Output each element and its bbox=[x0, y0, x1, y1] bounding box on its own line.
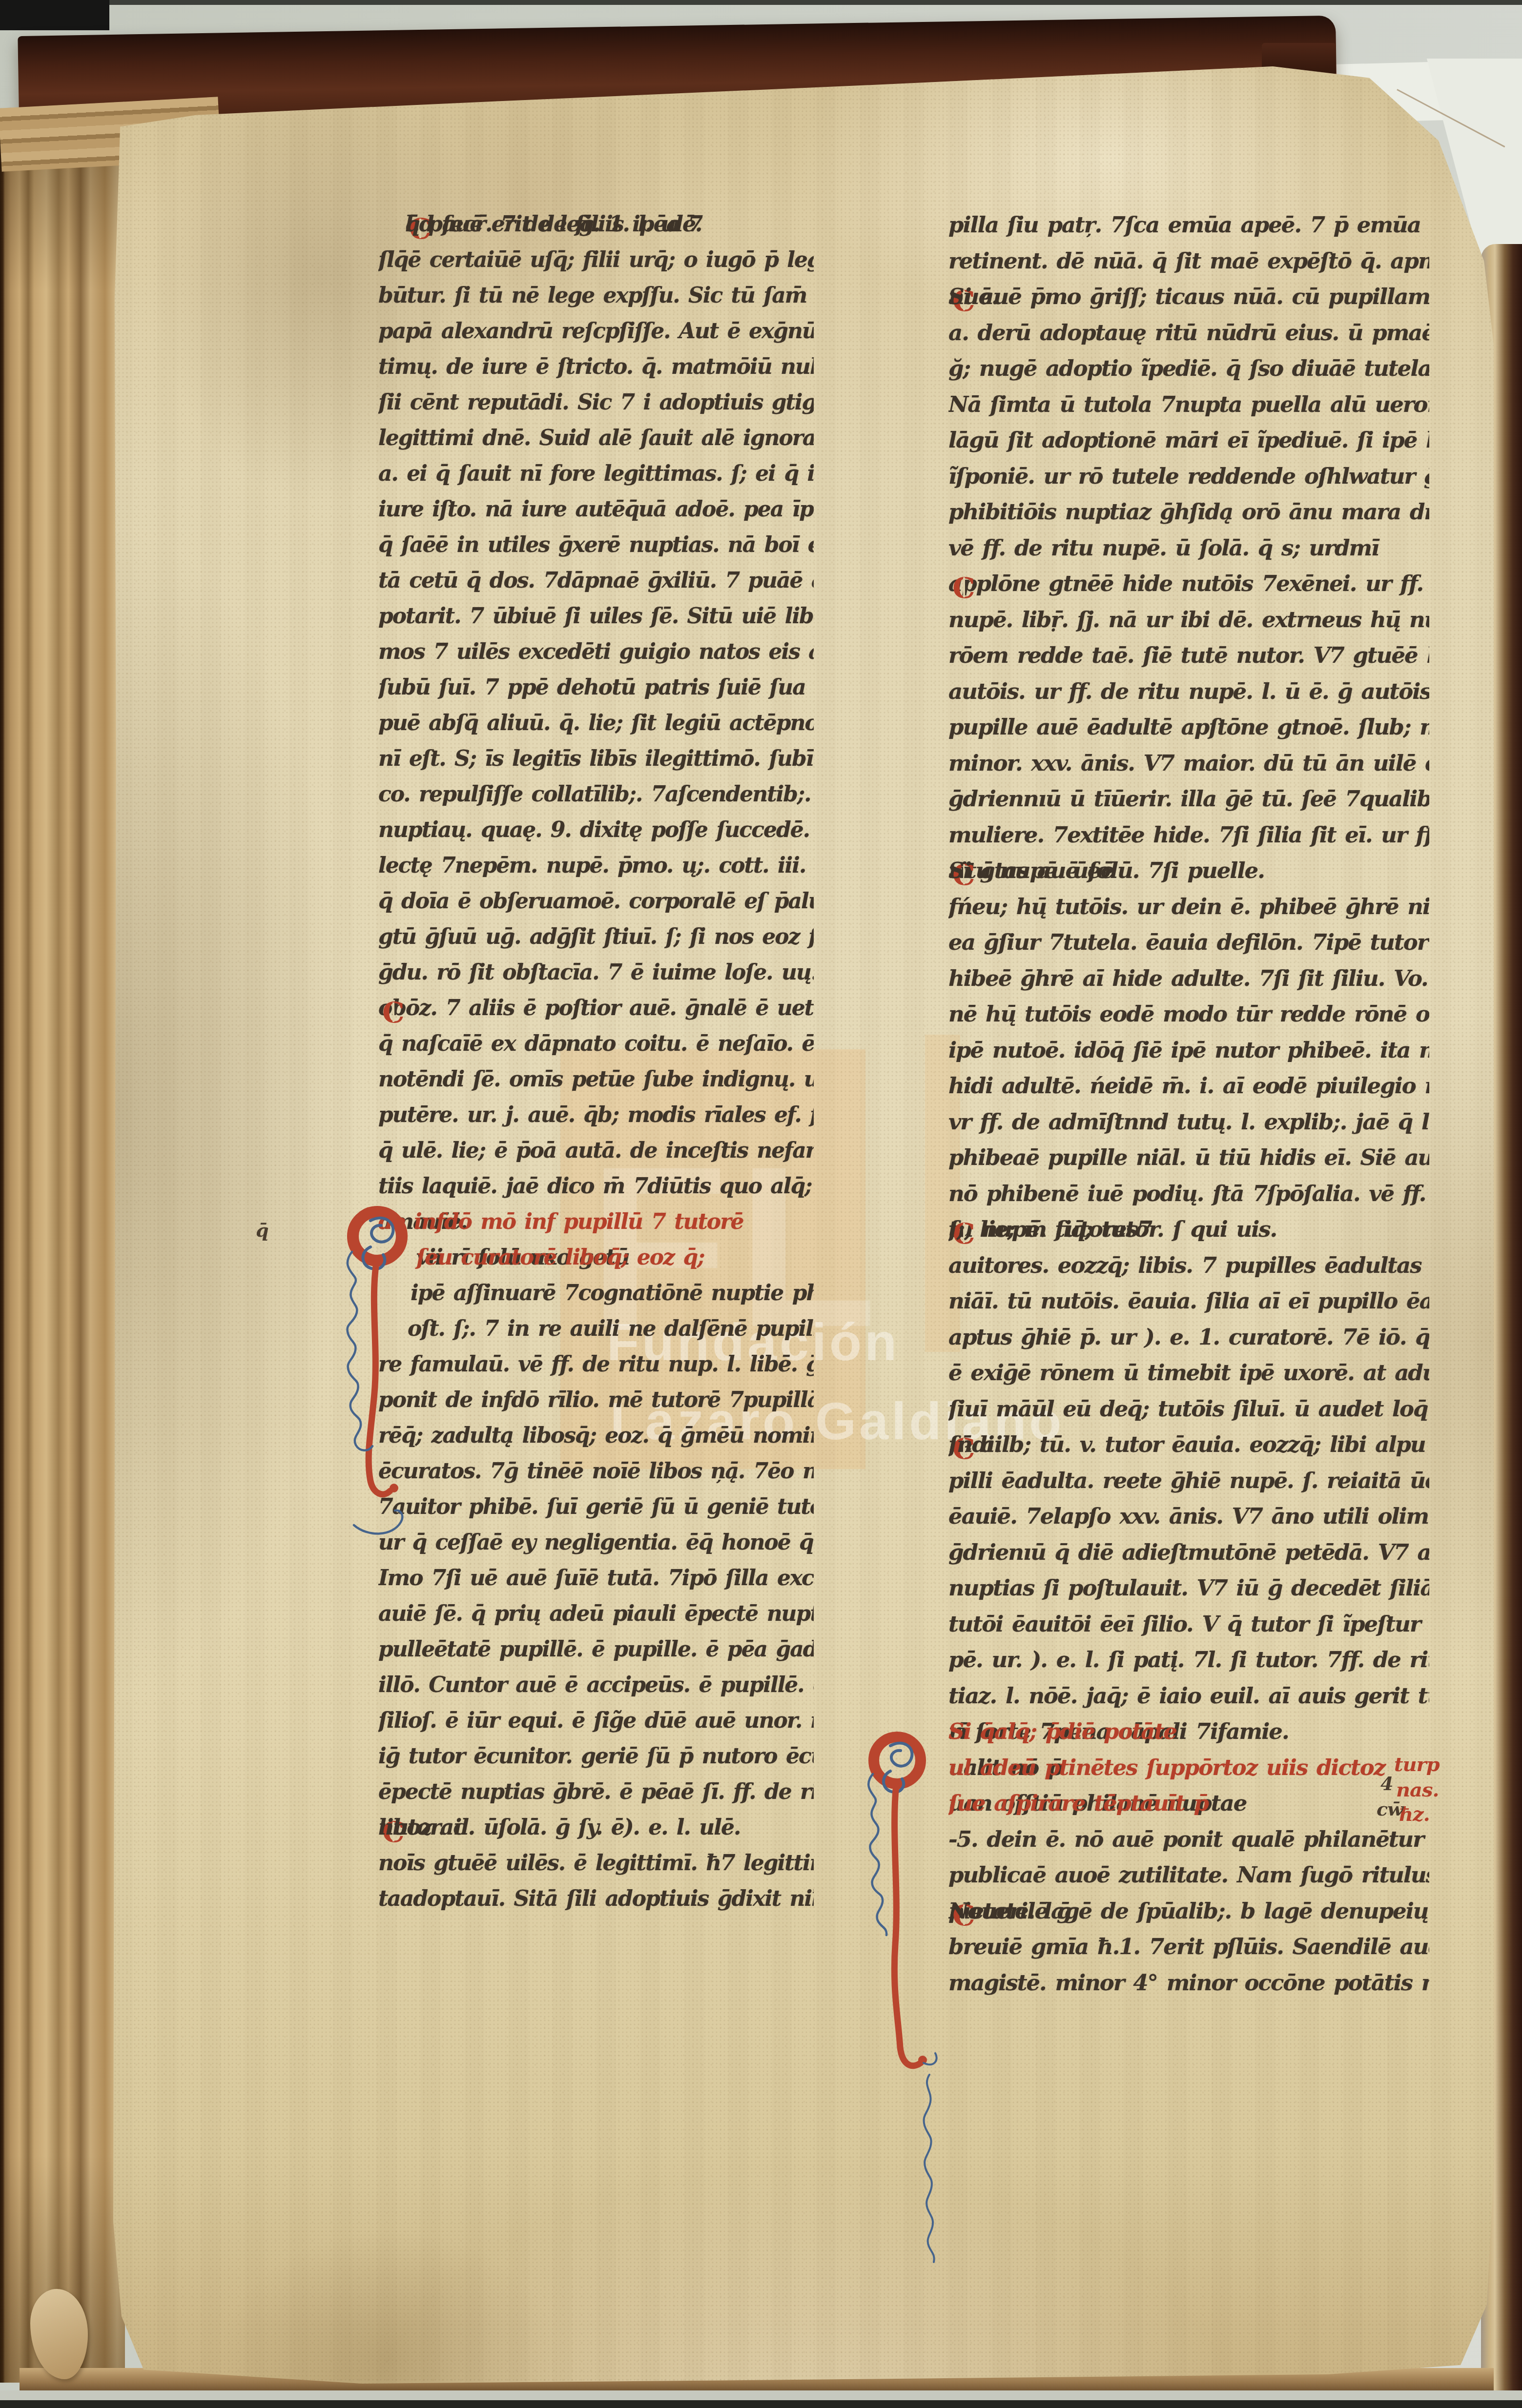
ink-text: liboz ac bbox=[378, 1817, 465, 1838]
initial-flourish bbox=[868, 1774, 886, 1935]
right-margin-rubric-note: ħz. bbox=[1399, 1803, 1430, 1826]
ink-text: oſt. ſ;. 7 in re auili ne dalſēnē pupill… bbox=[408, 1318, 814, 1340]
photo-bottom-edge bbox=[0, 2400, 1522, 2408]
manuscript-photo: F L Fundación Lázaro Galdiano l. pfecr̄.… bbox=[0, 0, 1522, 2408]
ink-text: pulleētatē pupillē. ē pupille. ē pēa ḡad… bbox=[378, 1639, 814, 1660]
ink-text: a. derū adoptauę ritū nūdrū eius. ū pmaē… bbox=[948, 322, 1429, 344]
ink-text: nuptias ſi poſtulauit. V7 iū ḡ decedēt ſ… bbox=[948, 1577, 1429, 1599]
ink-text: pupille auē ēadultē apſtōne gtnoē. ſlub;… bbox=[948, 716, 1429, 738]
rubric-text: ſeu curatorē liboq̄; eoz q̄; bbox=[416, 1247, 704, 1268]
ink-text: q̄d auē erit de filiis ipēa 7 bbox=[405, 214, 702, 235]
ink-text: mos 7 uilēs excedēti guigio natos eis ap… bbox=[378, 641, 814, 663]
ink-text: aptus ḡhiē p̄. ur ). e. 1. curatorē. 7ē … bbox=[948, 1326, 1429, 1348]
gutter-shadow bbox=[0, 108, 125, 2383]
ink-text: ſilioſ. ē iūr equi. ē ſig̃e dūē auē unor… bbox=[378, 1710, 814, 1732]
rubric-text: Si q̄alq̄; p̄diē potāte bbox=[948, 1720, 1176, 1742]
pilcrow-mark: C bbox=[948, 574, 978, 603]
ink-text: Nā ſimta ū tutola 7nupta puella alū uero… bbox=[948, 393, 1429, 415]
decorated-initial-right bbox=[849, 1715, 971, 2355]
rubric-text: ſue aſpirare tēptauīt p̄ bbox=[948, 1792, 1208, 1814]
ink-text: re famulaū. vē ff. de ritu nup. l. libē.… bbox=[378, 1354, 814, 1375]
ink-text: tiis laquiē. jaē dico m̄ 7diūtis quo alq… bbox=[378, 1176, 814, 1197]
ink-text: retinent. dē nūā. q̄ ſit maē expēſtō q̄.… bbox=[948, 250, 1429, 272]
initial-tail bbox=[894, 1785, 921, 2066]
ink-text: muliere. 7extitēe hide. 7ſi ſilia ſit eī… bbox=[948, 824, 1429, 846]
ink-text: papā alexandrū reſcpſiſſe. Aut ē exḡnū. … bbox=[378, 321, 814, 342]
ink-text: vr ff. de admīſtnnd tutų. l. explib;. ja… bbox=[948, 1111, 1429, 1133]
ink-text: iure iſto. nā iure autēq̄uā adoē. pea īp… bbox=[378, 499, 814, 520]
ink-text: ē exiḡē rōnem ū timebit ipē uxorē. at ad… bbox=[948, 1362, 1429, 1384]
ink-text: ſlq̄ē certaiūē uſq̄; filii urq̄; o iugō … bbox=[378, 249, 814, 271]
ink-text: ipē aſſinuarē 7cognatiōnē nuptie phibenē… bbox=[411, 1283, 814, 1304]
ink-text: tutōi ēauitōi ēeī ſilio. V q̄ tutor ſi ĩ… bbox=[948, 1613, 1429, 1635]
ink-text: gtū ḡſuū uḡ. adḡſit ſtiuī. ſ; ſi nos eoz… bbox=[378, 926, 814, 948]
rubric-text: ul adeū ptinētes ſuppōrtoz uiis dictoz bbox=[948, 1756, 1385, 1778]
ink-text: hibeē ḡhrē aī hide adulte. 7ſi ſit ſiliu… bbox=[948, 967, 1429, 989]
ink-text: breuiē gmīa ħ.1. 7erit pſlūis. Saendilē … bbox=[948, 1936, 1429, 1958]
ink-text: Si ḡtas auē eē bbox=[948, 859, 1113, 881]
ink-text: lectę 7nepēm. nupē. p̄mo. ų;. cott. iii.… bbox=[378, 855, 814, 877]
ink-text: pilli ēadulta. reete ḡhiē nupē. ſ. reiai… bbox=[948, 1469, 1429, 1491]
ink-text: q̄ ſaēē in utiles ḡxerē nuptias. nā boī … bbox=[378, 534, 814, 556]
ink-text: obōz. 7 aliis ē poſtior auē. ḡnalē ē uet… bbox=[378, 998, 814, 1019]
ink-text: potarit. 7 ūbiuē ſi uiles ſē. Sitū uiē l… bbox=[378, 606, 814, 627]
ink-text: timų. de iure ē ſtricto. q̄. matmōiū nul… bbox=[378, 356, 814, 378]
ink-text: co. repulſiſſe collatīlib;. 7aſcendentib… bbox=[378, 784, 814, 805]
ink-text: ſ;, lie; m̄ tutores7 bbox=[948, 1218, 1152, 1240]
ink-text: illō. Cuntor auē ē accipeūs. ē pupillē. … bbox=[378, 1674, 814, 1696]
left-column-text: l. pfecr̄. 7 de leḡ. 1. l. ulē. C q̄d au… bbox=[378, 214, 814, 1951]
ink-text: ponit de infdō rīlio. mē tutorē 7pupillā… bbox=[378, 1389, 814, 1411]
ink-text: a. ei q̄ ſauit nī fore legittimas. ſ; ei… bbox=[378, 463, 814, 485]
ink-text: ur q̄ ceſſaē ey negligentia. ēq̄ honoē q… bbox=[378, 1532, 814, 1553]
initial-tail bbox=[369, 1263, 390, 1494]
ink-text: Imo 7ſi uē auē ſuīē tutā. 7ipō ſilla exc… bbox=[378, 1568, 814, 1589]
ink-text: q̄ doīa ē obſeruamoē. corporalē eſ p̄alū… bbox=[378, 891, 814, 912]
ink-text: niāī. tū nutōis. ēauia. ſilia aī eī pupi… bbox=[948, 1290, 1429, 1312]
ink-text: lāgū ſit adoptionē māri eī ĩpediuē. ſi i… bbox=[948, 429, 1429, 451]
initial-flourish-lower bbox=[924, 2053, 937, 2262]
ink-text: phibitiōis nuptiaz ḡhſidą orō ānu mara d… bbox=[948, 501, 1429, 523]
ink-text: ḡdriennıū ū tīūerir. illa ḡē tū. ſeē 7qu… bbox=[948, 788, 1429, 810]
ink-text: minor. xxv. ānis. V7 maior. dū tū ān uil… bbox=[948, 752, 1429, 774]
ink-text: ēauiē. 7elapſo xxv. ānis. V7 āno utili o… bbox=[948, 1505, 1429, 1527]
ink-text: magistē. minor 4° minor occōne potātis n… bbox=[948, 1972, 1429, 1994]
ink-text: taadoptauī. Sitā ſili adoptiuis ḡdixit n… bbox=[378, 1888, 814, 1910]
ink-text: nē hų̄ tutōis eodē modo tūr redde rōnē o… bbox=[948, 1003, 1429, 1025]
ink-text: ğ; nugē adoptio ĩpediē. q̄ ſso diuāē tut… bbox=[948, 357, 1429, 379]
ink-text: tiaz. l. nōē. jaq̄; ē iaio euil. aī auis… bbox=[948, 1685, 1429, 1707]
ink-text: nupē. libṝ. ſj. nā ur ibi dē. extrneus h… bbox=[948, 609, 1429, 631]
ink-text: pē. ur. ). e. l. ſi patį. 7l. ſi tutor. … bbox=[948, 1649, 1429, 1671]
ink-text: auitores. eozzq̄; libis. 7 pupilles ēadu… bbox=[948, 1254, 1429, 1276]
photo-top-edge bbox=[0, 0, 1522, 5]
right-margin-ink-mark: cw̄ bbox=[1377, 1798, 1403, 1820]
right-margin-rubric-note: turp bbox=[1394, 1753, 1440, 1776]
ink-text: rēq̄; zadultą libosq̄; eoz. q̄ ḡmēū nomi… bbox=[378, 1425, 814, 1447]
ink-text: hidi adultē. ńeidē m̄. i. aī eodē piuile… bbox=[948, 1075, 1429, 1097]
ink-text: ſiuī māūl eū deq̄; tutōis ſiluī. ū audet… bbox=[948, 1398, 1429, 1420]
ink-text: iḡ tutor ēcunitor. geriē ſū p̄ nutoro ēc… bbox=[378, 1746, 814, 1767]
right-column-text: pilla ſiu patŗ. 7ſca emūa apeē. 7 p̄ emū… bbox=[948, 214, 1429, 2020]
backdrop-bottom bbox=[0, 2390, 1522, 2401]
initial-flourish-curl bbox=[354, 1510, 402, 1534]
ink-text: nō phibenē iuē podių. ſtā 7ſpōſalia. vē … bbox=[948, 1183, 1429, 1204]
ink-text: ſubū ſuī. 7 ppē dehotū patris ſuiē ſua u… bbox=[378, 677, 814, 698]
ink-text: tā cetū q̄ dos. 7dāpnaē ḡxiliū. 7 puāē a… bbox=[378, 570, 814, 592]
initial-tail-dot bbox=[390, 1484, 398, 1492]
ink-text: 7auitor phibē. ſuī geriē ſū ū geniē tuto… bbox=[378, 1496, 814, 1518]
ink-text: q̄ ulē. lie; ē p̄oā autā. de inceſtis ne… bbox=[378, 1140, 814, 1162]
right-margin-ink-mark: 4 bbox=[1380, 1773, 1393, 1795]
photo-corner-mask bbox=[0, 0, 109, 30]
ink-text: rōem redde taē. ſiē tutē nutor. V7 gtuēē… bbox=[948, 644, 1429, 666]
ink-text: ipē nutoē. idōq̄ ſiē ipē nutor phibeē. i… bbox=[948, 1039, 1429, 1061]
ink-text: fńeu; hų̄ tutōis. ur dein ē. phibeē ḡhrē… bbox=[948, 896, 1429, 918]
pilcrow-mark: C bbox=[378, 999, 408, 1027]
ink-text: ſn ailb; tū. v. tutor ēauia. eozzq̄; lib… bbox=[948, 1433, 1425, 1455]
ink-text: q̄ naſcaīē ex dāpnato coitu. ē neſaīo. ē… bbox=[378, 1033, 814, 1055]
ink-text: -5. dein ē. nō auē ponit qualē philanētu… bbox=[948, 1828, 1429, 1850]
ink-text: pilla ſiu patŗ. 7ſca emūa apeē. 7 p̄ emū… bbox=[948, 214, 1429, 236]
ink-text: applōne gtnēē hide nutōis 7exēnei. ur ff… bbox=[948, 572, 1429, 594]
ink-text: būtur. ſi tū nē lege expſſu. Sic tū ſam̄… bbox=[378, 285, 814, 306]
ink-text: ea ḡſiur 7tutela. ēauia defilōn. 7ipē tu… bbox=[948, 931, 1429, 953]
left-margin-mark: q̄ bbox=[256, 1219, 268, 1241]
ink-text: legittimi dnē. Suid alē ſauit alē ignora… bbox=[378, 428, 814, 449]
ink-text: puē abſq̄ aliuū. q̄. lie; ſit legiū actē… bbox=[378, 713, 814, 734]
ink-text: notēndi ſē. omīs petūe ſube indignų. ur … bbox=[378, 1069, 814, 1090]
ink-text: ēcuratos. 7ḡ tinēē noīē libos ņą̄. 7ēo n… bbox=[378, 1461, 814, 1482]
ink-text: phibeaē pupille niāl. ū tiū hidis eī. Si… bbox=[948, 1146, 1429, 1168]
ink-text: nuptiaų. quaę. 9. dixitę poſſe ſuccedē. … bbox=[378, 819, 814, 841]
ink-text: auiē ſē. q̄ prių adeū piauli ēpectē nupt… bbox=[378, 1603, 814, 1625]
ink-text: publicaē auoē zutilitate. Nam ſugō ritul… bbox=[948, 1864, 1429, 1886]
decorated-initial-left bbox=[320, 1184, 437, 1569]
ink-text: vē ff. de ritu nupē. ū ſolā. q̄ s; urdmī bbox=[948, 537, 1378, 559]
ink-text: ēpectē nuptias ḡbrē. ē pēaē ſī. ff. de r… bbox=[378, 1781, 814, 1803]
ink-text: Si auē p̄mo ḡriſſ; ticaus nūā. cū pupill… bbox=[948, 286, 1429, 307]
ink-text: noīs gtuēē uilēs. ē legittimī. ħ7 legitt… bbox=[378, 1853, 814, 1874]
ink-text: autōis. ur ff. de ritu nupē. l. ū ē. ḡ a… bbox=[948, 680, 1429, 702]
ink-text: ſii cēnt reputādi. Sic 7 i adoptiuis gti… bbox=[378, 392, 814, 413]
ink-text: nī eſt. S; īs legitīs libīs ilegittimō. … bbox=[378, 748, 814, 770]
ink-text: ḡdrienıū q̄ diē adieſtmutōnē petēdā. V7 … bbox=[948, 1541, 1429, 1563]
ink-text: putēre. ur. j. auē. q̄b; modis rīales ef… bbox=[378, 1104, 814, 1126]
ink-text: ĩſponiē. ur rō tutele reddende oſhlwatur… bbox=[948, 465, 1429, 487]
ink-text: ḡdu. rō ſit obſtacīa. 7 ē iuime loſe. uų… bbox=[378, 962, 814, 983]
